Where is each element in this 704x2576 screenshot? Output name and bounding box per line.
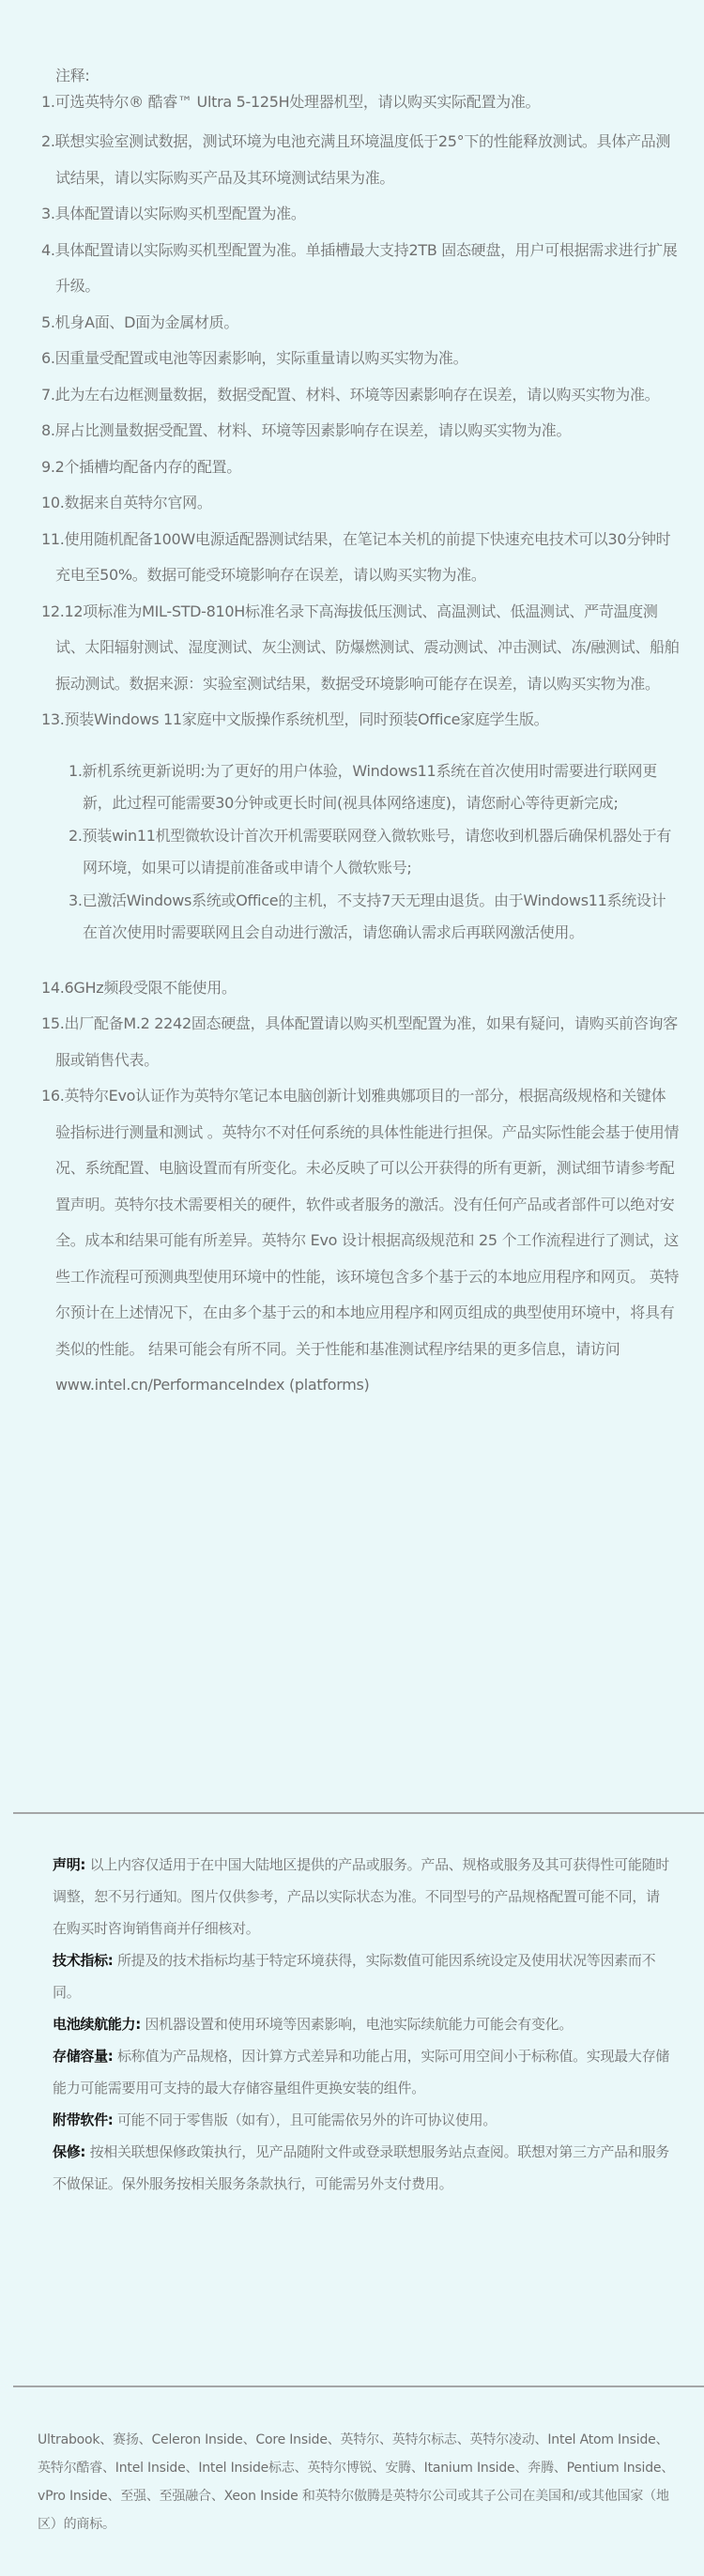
footnote-14: 14.6GHz频段受限不能使用。 — [41, 970, 680, 1007]
footnote-15: 15.出厂配备M.2 2242固态硬盘，具体配置请以购买机型配置为准，如果有疑问… — [41, 1006, 680, 1078]
disclaimer-warranty: 保修: 按相关联想保修政策执行，见产品随附文件或登录联想服务站点查阅。联想对第三… — [53, 2136, 672, 2200]
disclaimer-text: 所提及的技术指标均基于特定环境获得，实际数值可能因系统设定及使用状况等因素而不同… — [53, 1952, 655, 2001]
disclaimer-text: 以上内容仅适用于在中国大陆地区提供的产品或服务。产品、规格或服务及其可获得性可能… — [53, 1856, 669, 1937]
windows-subnote-2: 2.预装win11机型微软设计首次开机需要联网登入微软账号，请您收到机器后确保机… — [69, 820, 680, 885]
section-divider — [13, 2385, 704, 2387]
footnotes-title: 注释: — [41, 64, 680, 88]
disclaimer-label: 电池续航能力: — [53, 2016, 141, 2033]
footnote-4: 4.具体配置请以实际购买机型配置为准。单插槽最大支持2TB 固态硬盘，用户可根据… — [41, 233, 680, 305]
disclaimer-text: 标称值为产品规格，因计算方式差异和功能占用，实际可用空间小于标称值。实现最大存储… — [53, 2048, 669, 2096]
disclaimer-battery: 电池续航能力: 因机器设置和使用环境等因素影响，电池实际续航能力可能会有变化。 — [53, 2008, 672, 2040]
windows-subnote-1: 1.新机系统更新说明:为了更好的用户体验，Windows11系统在首次使用时需要… — [69, 755, 680, 820]
footnote-3: 3.具体配置请以实际购买机型配置为准。 — [41, 196, 680, 233]
disclaimer-label: 存储容量: — [53, 2048, 114, 2065]
footnote-5: 5.机身A面、D面为金属材质。 — [41, 305, 680, 342]
section-divider — [13, 1812, 704, 1814]
disclaimer-statement: 声明: 以上内容仅适用于在中国大陆地区提供的产品或服务。产品、规格或服务及其可获… — [53, 1849, 672, 1944]
footnote-6: 6.因重量受配置或电池等因素影响，实际重量请以购买实物为准。 — [41, 341, 680, 377]
footnote-16: 16.英特尔Evo认证作为英特尔笔记本电脑创新计划雅典娜项目的一部分，根据高级规… — [41, 1078, 680, 1404]
disclaimer-section: 声明: 以上内容仅适用于在中国大陆地区提供的产品或服务。产品、规格或服务及其可获… — [53, 1849, 672, 2200]
disclaimer-text: 按相关联想保修政策执行，见产品随附文件或登录联想服务站点查阅。联想对第三方产品和… — [53, 2143, 669, 2192]
disclaimer-text: 因机器设置和使用环境等因素影响，电池实际续航能力可能会有变化。 — [141, 2016, 573, 2033]
disclaimer-label: 附带软件: — [53, 2111, 114, 2128]
footnote-13: 13.预装Windows 11家庭中文版操作系统机型，同时预装Office家庭学… — [41, 702, 680, 739]
footnotes-section: 注释: 1.可选英特尔® 酷睿™ Ultra 5-125H处理器机型，请以购买实… — [41, 64, 680, 1404]
trademark-text: Ultrabook、赛扬、Celeron Inside、Core Inside、… — [38, 2426, 676, 2538]
disclaimer-text: 可能不同于零售版（如有），且可能需依另外的许可协议使用。 — [114, 2111, 497, 2128]
windows-subnotes: 1.新机系统更新说明:为了更好的用户体验，Windows11系统在首次使用时需要… — [69, 755, 680, 950]
footnote-9: 9.2个插槽均配备内存的配置。 — [41, 450, 680, 486]
footnote-11: 11.使用随机配备100W电源适配器测试结果，在笔记本关机的前提下快速充电技术可… — [41, 522, 680, 594]
disclaimer-label: 保修: — [53, 2143, 85, 2160]
footnote-8: 8.屏占比测量数据受配置、材料、环境等因素影响存在误差，请以购买实物为准。 — [41, 413, 680, 450]
footnote-7: 7.此为左右边框测量数据，数据受配置、材料、环境等因素影响存在误差，请以购买实物… — [41, 377, 680, 414]
disclaimer-label: 技术指标: — [53, 1952, 114, 1969]
disclaimer-software: 附带软件: 可能不同于零售版（如有），且可能需依另外的许可协议使用。 — [53, 2104, 672, 2136]
disclaimer-label: 声明: — [53, 1856, 85, 1873]
footnote-1: 1.可选英特尔® 酷睿™ Ultra 5-125H处理器机型，请以购买实际配置为… — [41, 88, 680, 116]
windows-subnote-3: 3.已激活Windows系统或Office的主机，不支持7天无理由退货。由于Wi… — [69, 885, 680, 950]
disclaimer-tech-specs: 技术指标: 所提及的技术指标均基于特定环境获得，实际数值可能因系统设定及使用状况… — [53, 1944, 672, 2008]
trademark-notice: Ultrabook、赛扬、Celeron Inside、Core Inside、… — [38, 2426, 676, 2538]
footnote-12: 12.12项标准为MIL-STD-810H标准名录下高海拔低压测试、高温测试、低… — [41, 594, 680, 703]
disclaimer-storage: 存储容量: 标称值为产品规格，因计算方式差异和功能占用，实际可用空间小于标称值。… — [53, 2040, 672, 2104]
footnote-2: 2.联想实验室测试数据，测试环境为电池充满且环境温度低于25°下的性能释放测试。… — [41, 124, 680, 196]
footnote-10: 10.数据来自英特尔官网。 — [41, 485, 680, 522]
